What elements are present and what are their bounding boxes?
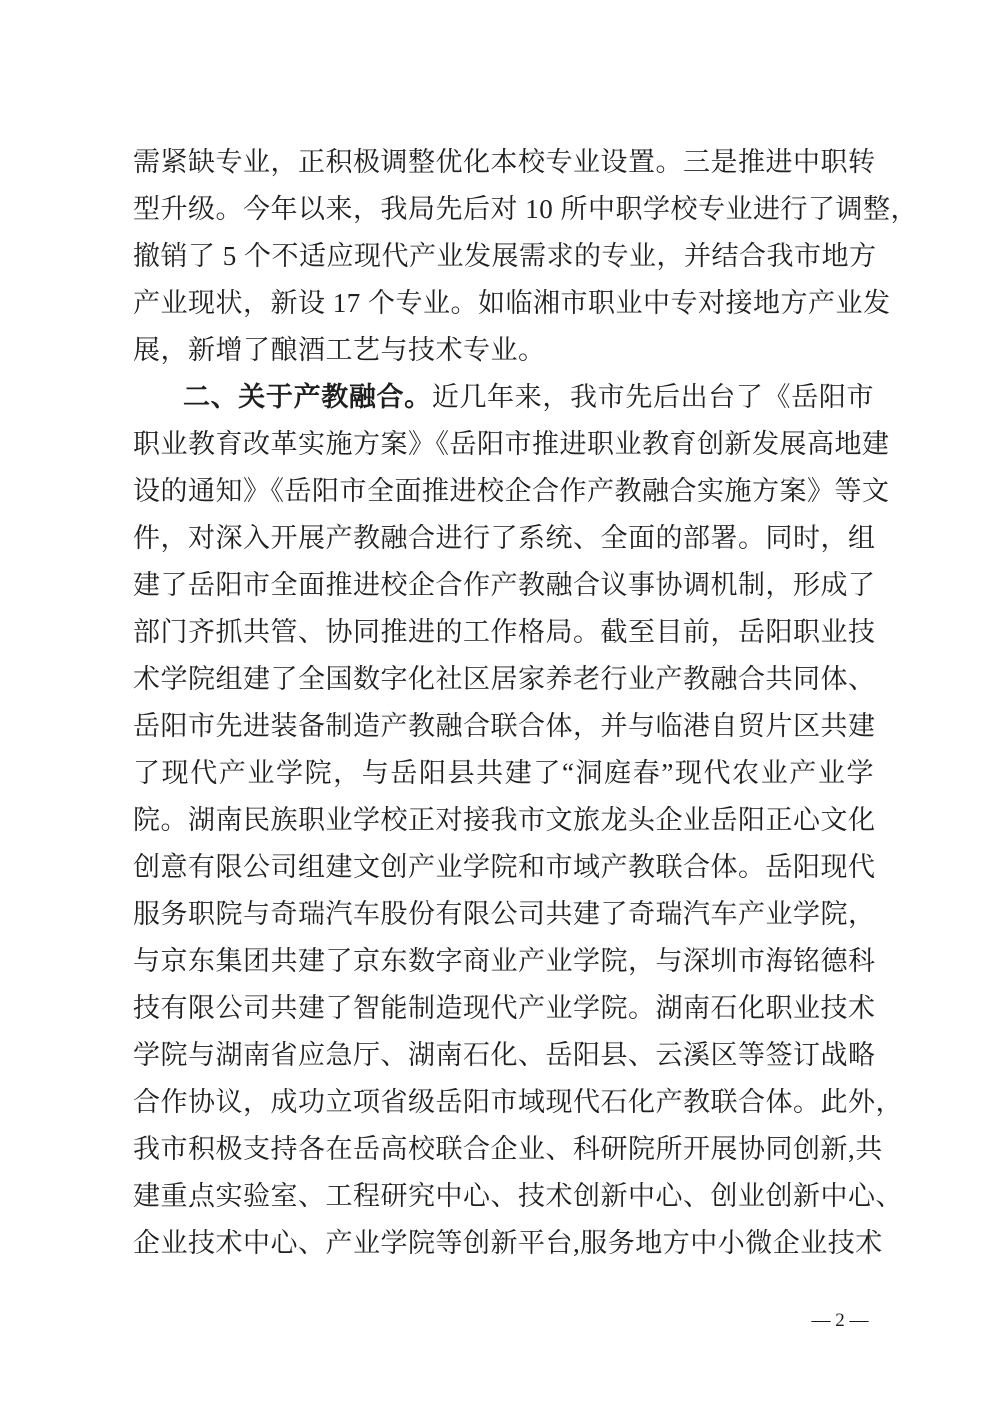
- text-line: 件，对深入开展产教融合进行了系统、全面的部署。同时，组: [133, 515, 874, 562]
- text-line: 撤销了 5 个不适应现代产业发展需求的专业，并结合我市地方: [133, 233, 874, 280]
- text-line: 技有限公司共建了智能制造现代产业学院。湖南石化职业技术: [133, 985, 874, 1032]
- text-line: 设的通知》《岳阳市全面推进校企合作产教融合实施方案》等文: [133, 468, 874, 515]
- text-line-paragraph-end: 展，新增了酿酒工艺与技术专业。: [133, 327, 874, 374]
- text-line: 企业技术中心、产业学院等创新平台,服务地方中小微企业技术: [133, 1220, 874, 1267]
- text-line: 服务职院与奇瑞汽车股份有限公司共建了奇瑞汽车产业学院，: [133, 891, 874, 938]
- text-line: 我市积极支持各在岳高校联合企业、科研院所开展协同创新,共: [133, 1126, 874, 1173]
- text-line: 建了岳阳市全面推进校企合作产教融合议事协调机制，形成了: [133, 562, 874, 609]
- text-line: 合作协议，成功立项省级岳阳市域现代石化产教联合体。此外，: [133, 1079, 874, 1126]
- section-heading: 二、关于产教融合。: [183, 382, 432, 412]
- document-body: 需紧缺专业，正积极调整优化本校专业设置。三是推进中职转 型升级。今年以来，我局先…: [133, 139, 874, 1267]
- text-line: 岳阳市先进装备制造产教融合联合体，并与临港自贸片区共建: [133, 703, 874, 750]
- text-line: 产业现状，新设 17 个专业。如临湘市职业中专对接地方产业发: [133, 280, 874, 327]
- text-line: 学院与湖南省应急厅、湖南石化、岳阳县、云溪区等签订战略: [133, 1032, 874, 1079]
- text-line: 型升级。今年以来，我局先后对 10 所中职学校专业进行了调整，: [133, 186, 874, 233]
- text-line: 院。湖南民族职业学校正对接我市文旅龙头企业岳阳正心文化: [133, 797, 874, 844]
- text-line: 职业教育改革实施方案》《岳阳市推进职业教育创新发展高地建: [133, 421, 874, 468]
- text-line: 部门齐抓共管、协同推进的工作格局。截至目前，岳阳职业技: [133, 609, 874, 656]
- text-line: 建重点实验室、工程研究中心、技术创新中心、创业创新中心、: [133, 1173, 874, 1220]
- page-number: — 2 —: [795, 1305, 885, 1337]
- document-page: 需紧缺专业，正积极调整优化本校专业设置。三是推进中职转 型升级。今年以来，我局先…: [0, 0, 1000, 1414]
- text-line: 需紧缺专业，正积极调整优化本校专业设置。三是推进中职转: [133, 139, 874, 186]
- text-line-section-start: 二、关于产教融合。近几年来，我市先后出台了《岳阳市: [133, 374, 874, 421]
- text-line: 了现代产业学院，与岳阳县共建了“洞庭春”现代农业产业学: [133, 750, 874, 797]
- text-line: 创意有限公司组建文创产业学院和市域产教联合体。岳阳现代: [133, 844, 874, 891]
- text-line: 与京东集团共建了京东数字商业产业学院，与深圳市海铭德科: [133, 938, 874, 985]
- text-line: 术学院组建了全国数字化社区居家养老行业产教融合共同体、: [133, 656, 874, 703]
- text-line-continuation: 近几年来，我市先后出台了《岳阳市: [432, 382, 874, 412]
